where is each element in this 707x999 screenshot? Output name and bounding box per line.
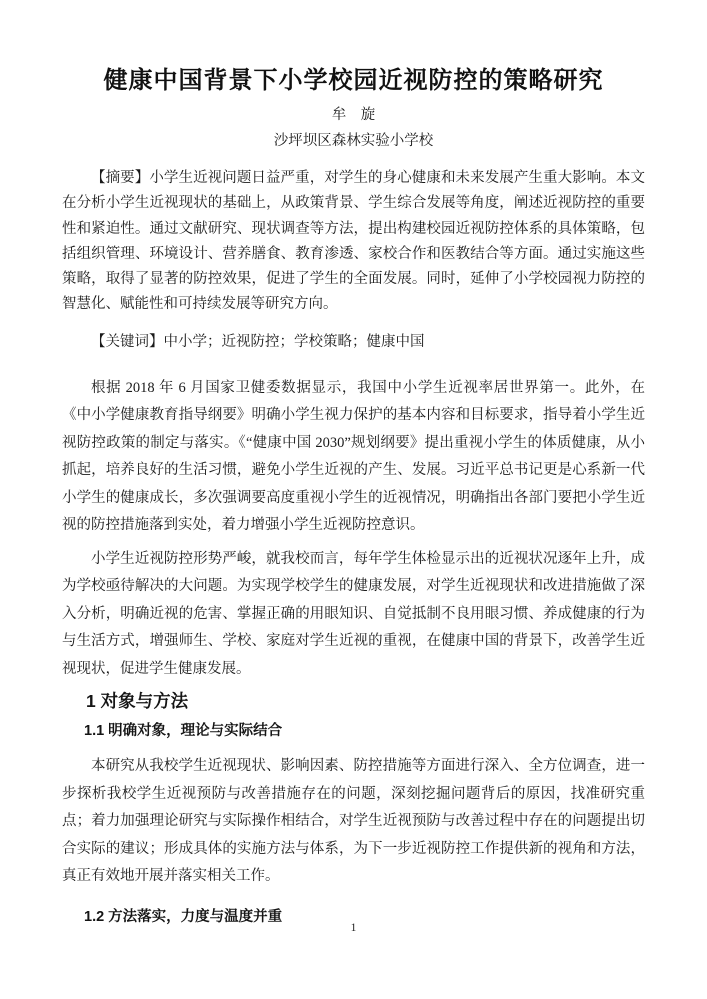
intro-paragraph: 小学生近视防控形势严峻，就我校而言，每年学生体检显示出的近视状况逐年上升，成为学… [62, 546, 645, 684]
intro-paragraph: 根据 2018 年 6 月国家卫健委数据显示，我国中小学生近视率居世界第一。此外… [62, 375, 645, 540]
abstract-paragraph: 【摘要】小学生近视问题日益严重，对学生的身心健康和未来发展产生重大影响。本文在分… [62, 166, 645, 318]
abstract-text: 小学生近视问题日益严重，对学生的身心健康和未来发展产生重大影响。本文在分析小学生… [62, 170, 645, 312]
paper-title: 健康中国背景下小学校园近视防控的策略研究 [62, 66, 645, 96]
affiliation: 沙坪坝区森林实验小学校 [62, 130, 645, 152]
abstract-label: 【摘要】 [91, 170, 149, 186]
keywords-label: 【关键词】 [91, 334, 164, 350]
author-name: 牟 旋 [62, 104, 645, 126]
body-paragraph: 本研究从我校学生近视现状、影响因素、防控措施等方面进行深入、全方位调查，进一步探… [62, 753, 645, 891]
document-page: 健康中国背景下小学校园近视防控的策略研究 牟 旋 沙坪坝区森林实验小学校 【摘要… [0, 0, 707, 999]
page-content: 健康中国背景下小学校园近视防控的策略研究 牟 旋 沙坪坝区森林实验小学校 【摘要… [0, 66, 707, 927]
section-heading-1: 1 对象与方法 [62, 689, 645, 713]
subsection-heading-1-1: 1.1 明确对象，理论与实际结合 [62, 721, 645, 741]
keywords-line: 【关键词】中小学；近视防控；学校策略；健康中国 [62, 330, 645, 355]
page-number: 1 [0, 922, 707, 934]
keywords-text: 中小学；近视防控；学校策略；健康中国 [164, 334, 425, 350]
